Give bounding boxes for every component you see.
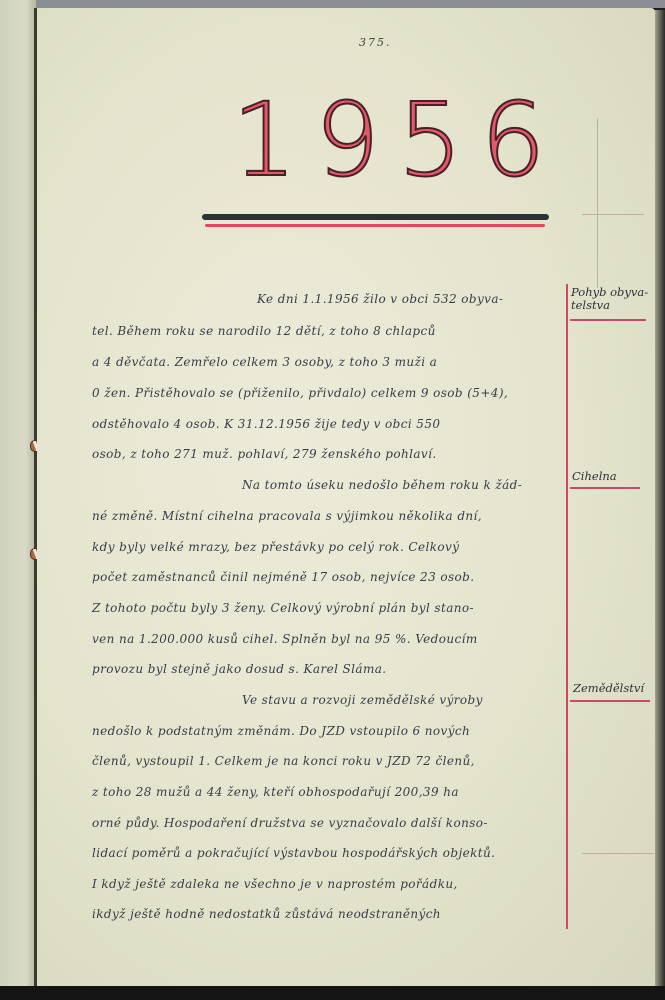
text-line: osob, z toho 271 muž. pohlaví, 279 žensk…: [92, 447, 564, 461]
text-line: nedošlo k podstatným změnám. Do JZD vsto…: [92, 724, 564, 738]
heading-underline-dark: [202, 214, 549, 220]
book-bottom-shadow: [0, 986, 665, 1000]
text-line: né změně. Místní cihelna pracovala s výj…: [92, 509, 564, 523]
empty-margin-rule-bottom: [582, 853, 654, 854]
previous-page-edge: [0, 0, 36, 990]
text-line: ven na 1.200.000 kusů cihel. Splněn byl …: [92, 632, 564, 646]
text-line: ikdyž ještě hodně nedostatků zůstává neo…: [92, 907, 564, 921]
text-line: Na tomto úseku nedošlo během roku k žád-: [242, 478, 665, 492]
chronicle-page: 375. 1956 Pohyb obyva- telstva Cihelna Z…: [37, 8, 655, 986]
text-line: Z tohoto počtu byly 3 ženy. Celkový výro…: [92, 601, 564, 615]
page-number: 375.: [359, 36, 392, 49]
text-line: Ve stavu a rozvoji zemědělské výroby: [242, 693, 665, 707]
text-line: kdy byly velké mrazy, bez přestávky po c…: [92, 540, 564, 554]
text-line: lidací poměrů a pokračující výstavbou ho…: [92, 846, 564, 860]
text-line: orné půdy. Hospodaření družstva se vyzna…: [92, 816, 564, 830]
text-line: provozu byl stejně jako dosud s. Karel S…: [92, 662, 564, 676]
year-heading: 1956: [232, 90, 532, 192]
text-line: počet zaměstnanců činil nejméně 17 osob,…: [92, 570, 564, 584]
text-line: I když ještě zdaleka ne všechno je v nap…: [92, 877, 564, 891]
book-top-edge: [30, 0, 665, 8]
margin-underline-population: [570, 319, 646, 321]
text-line: Ke dni 1.1.1956 žilo v obci 532 obyva-: [257, 292, 665, 306]
text-line: a 4 děvčata. Zemřelo celkem 3 osoby, z t…: [92, 355, 564, 369]
empty-margin-rule: [582, 214, 644, 215]
text-line: tel. Během roku se narodilo 12 dětí, z t…: [92, 324, 564, 338]
text-line: členů, vystoupil 1. Celkem je na konci r…: [92, 754, 564, 768]
text-line: 0 žen. Přistěhovalo se (přiženilo, přivd…: [92, 386, 564, 400]
heading-underline-red: [205, 224, 545, 227]
text-line: z toho 28 mužů a 44 ženy, kteří obhospod…: [92, 785, 564, 799]
red-margin-line: [566, 284, 568, 929]
faint-margin-line: [597, 118, 598, 288]
text-line: odstěhovalo 4 osob. K 31.12.1956 žije te…: [92, 417, 564, 431]
